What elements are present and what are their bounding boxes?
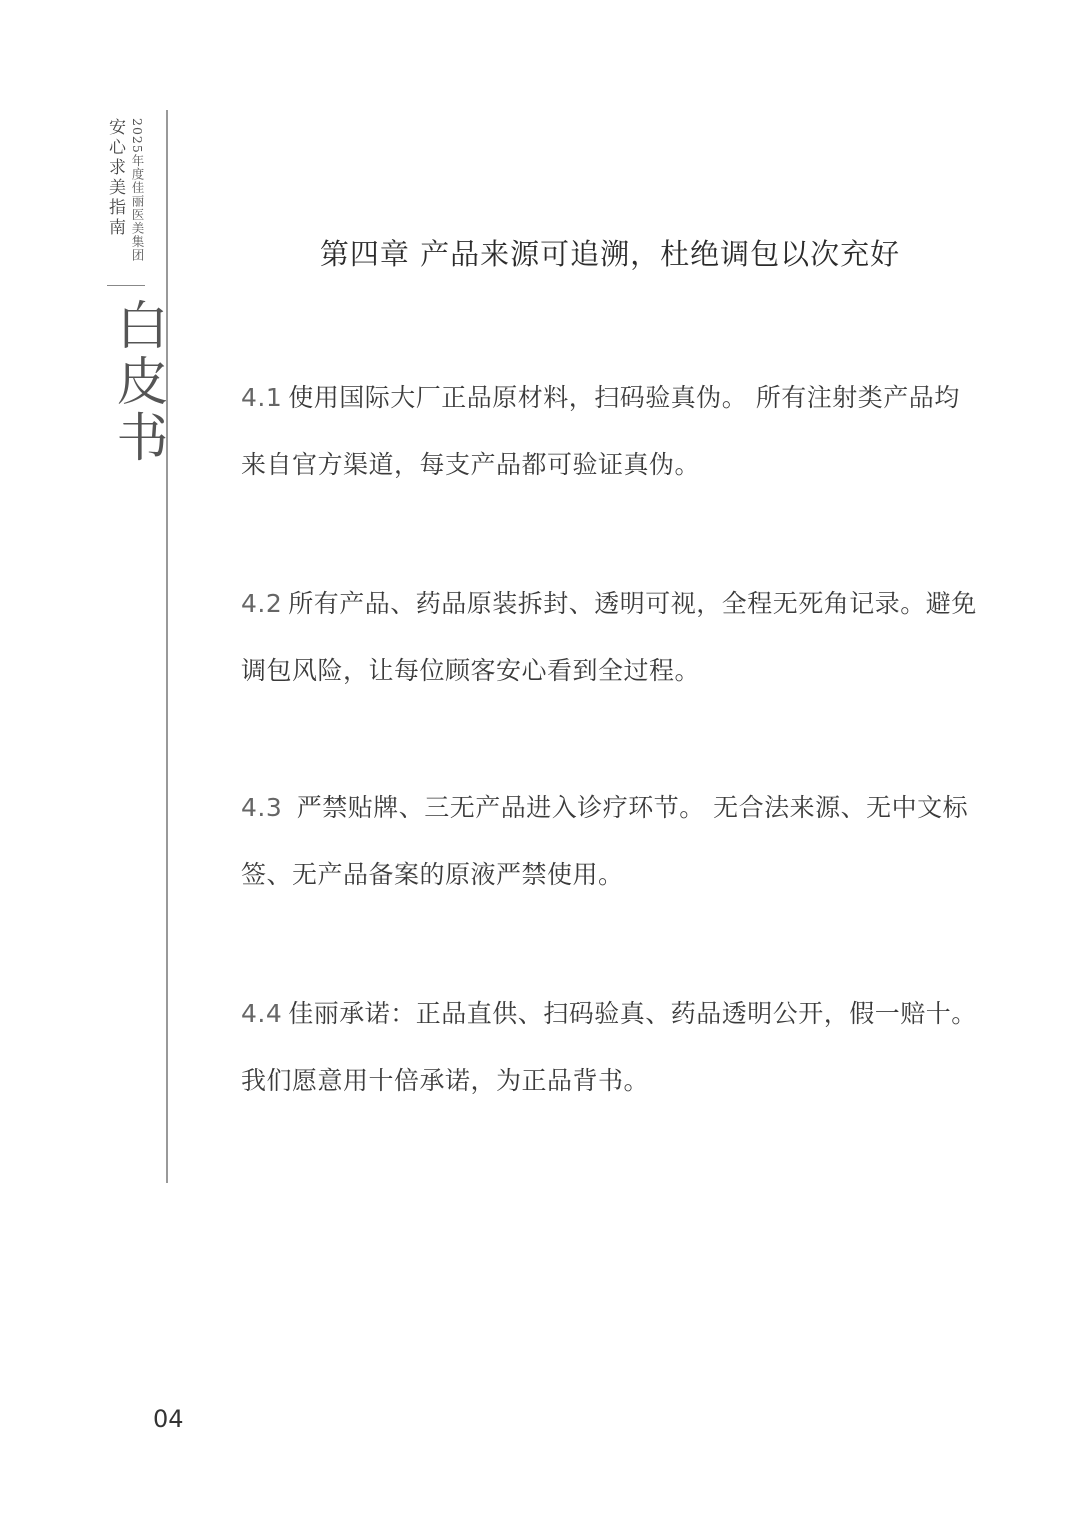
section-number: 4.2	[241, 589, 282, 618]
section-text: 严禁贴牌、三无产品进入诊疗环节。 无合法来源、无中文标签、无产品备案的原液严禁使…	[241, 793, 968, 889]
section-number: 4.1	[241, 383, 282, 412]
sidebar-title: 白皮书	[100, 298, 175, 466]
page-number: 04	[153, 1405, 184, 1433]
section-number: 4.4	[241, 999, 282, 1028]
vertical-divider	[166, 110, 168, 1183]
sidebar-divider	[107, 285, 145, 286]
sidebar-subtitle: 安心求美指南	[103, 118, 128, 238]
section-4-4: 4.4佳丽承诺：正品直供、扫码验真、药品透明公开，假一赔十。 我们愿意用十倍承诺…	[241, 980, 981, 1114]
section-4-3: 4.3 严禁贴牌、三无产品进入诊疗环节。 无合法来源、无中文标签、无产品备案的原…	[241, 774, 981, 908]
sidebar-organization: 2025年度佳丽医美集团	[128, 118, 146, 262]
section-text: 所有产品、药品原装拆封、透明可视，全程无死角记录。避免调包风险，让每位顾客安心看…	[241, 589, 977, 685]
section-4-2: 4.2所有产品、药品原装拆封、透明可视，全程无死角记录。避免调包风险，让每位顾客…	[241, 570, 981, 704]
section-text: 佳丽承诺：正品直供、扫码验真、药品透明公开，假一赔十。 我们愿意用十倍承诺，为正…	[241, 999, 977, 1095]
section-number: 4.3	[241, 793, 282, 822]
chapter-title: 第四章 产品来源可追溯，杜绝调包以次充好	[240, 232, 980, 273]
section-4-1: 4.1使用国际大厂正品原材料，扫码验真伪。 所有注射类产品均来自官方渠道，每支产…	[241, 364, 981, 498]
section-text: 使用国际大厂正品原材料，扫码验真伪。 所有注射类产品均来自官方渠道，每支产品都可…	[241, 383, 960, 479]
